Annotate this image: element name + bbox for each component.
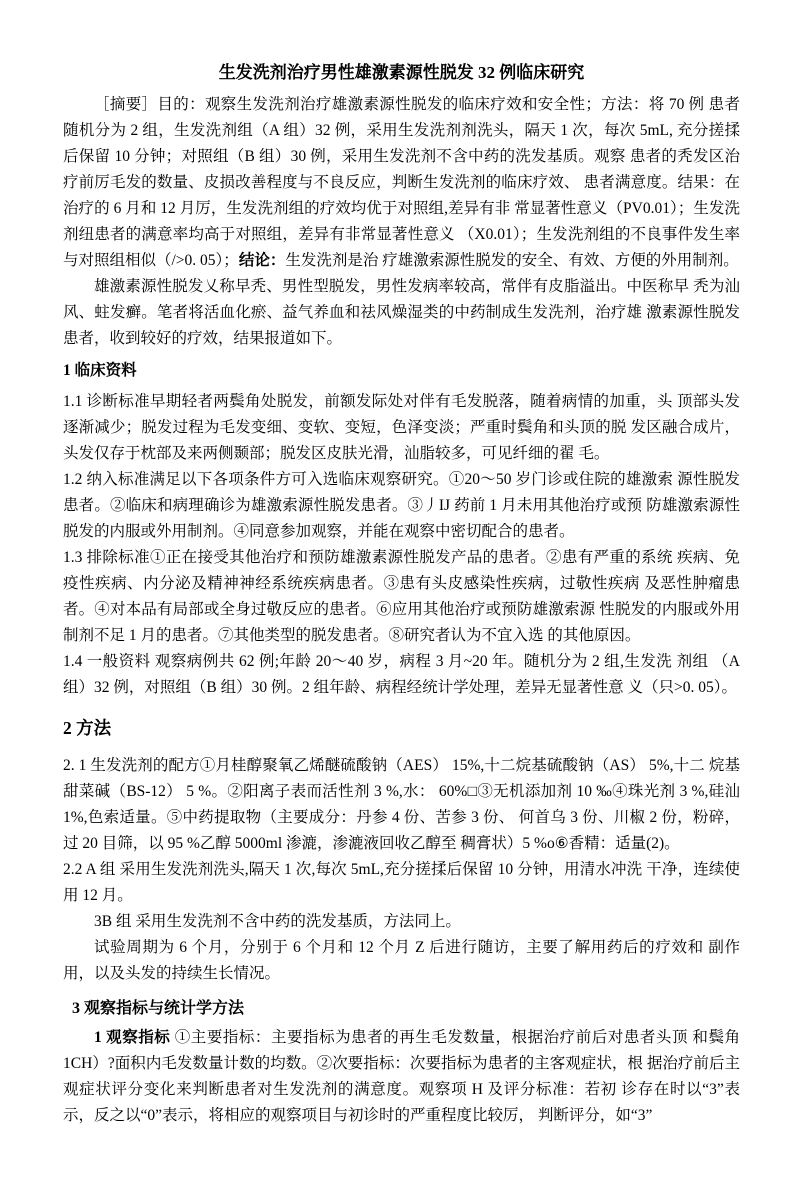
abstract-conclusion-label: 结论： (239, 252, 286, 269)
paragraph-inclusion-criteria: 1.2 纳入标准满足以下各项条件方可入选临床观察研究。①20〜50 岁门诊或住院… (63, 467, 740, 545)
paragraph-general-data: 1.4 一般资料 观察病例共 62 例;年龄 20〜40 岁，病程 3 月~20… (63, 649, 740, 701)
paragraph-trial-period: 试验周期为 6 个月，分别于 6 个月和 12 个月 Z 后进行随访，主要了解用… (63, 935, 740, 987)
section-heading-clinical-data: 1 临床资料 (63, 358, 740, 384)
paragraph-observation-indicators: 1 观察指标 ①主要指标：主要指标为患者的再生毛发数量，根据治疗前后对患者头顶 … (63, 1025, 740, 1129)
paragraph-diagnostic-criteria: 1.1 诊断标准早期轻者两鬓角处脱发，前额发际处对伴有毛发脱落，随着病情的加重，… (63, 389, 740, 467)
paragraph-group-a: 2.2 A 组 采用生发洗剂洗头,隔天 1 次,每次 5mL,充分搓揉后保留 1… (63, 857, 740, 909)
section-heading-observation-statistics: 3 观察指标与统计学方法 (63, 996, 740, 1022)
paragraph-formula: 2. 1 生发洗剂的配方①月桂醇聚氧乙烯醚硫酸钠（AES） 15%,十二烷基硫酸… (63, 753, 740, 857)
observation-indicators-label: 1 观察指标 (94, 1029, 170, 1046)
paragraph-group-b: 3B 组 采用生发洗剂不含中药的洗发基质，方法同上。 (63, 909, 740, 935)
paragraph-exclusion-criteria: 1.3 排除标准①正在接受其他治疗和预防雄激素源性脱发产品的患者。②患有严重的系… (63, 545, 740, 649)
paper-title: 生发洗剂治疗男性雄激素源性脱发 32 例临床研究 (63, 60, 740, 86)
abstract-text-before-conclusion: ［摘要］目的：观察生发洗剂治疗雄激素源性脱发的临床疗效和安全性；方法：将 70 … (63, 96, 740, 269)
section-heading-methods: 2 方法 (63, 715, 740, 741)
abstract-paragraph: ［摘要］目的：观察生发洗剂治疗雄激素源性脱发的临床疗效和安全性；方法：将 70 … (63, 92, 740, 274)
document-page: 生发洗剂治疗男性雄激素源性脱发 32 例临床研究 ［摘要］目的：观察生发洗剂治疗… (0, 0, 800, 1183)
intro-paragraph: 雄激素源性脱发乂称早秃、男性型脱发，男性发病率较高，常伴有皮脂溢出。中医称早 秃… (63, 274, 740, 352)
abstract-text-after-conclusion: 生发洗剂是治 疗雄激索源性脱发的安全、有效、方便的外用制剂。 (285, 252, 738, 269)
